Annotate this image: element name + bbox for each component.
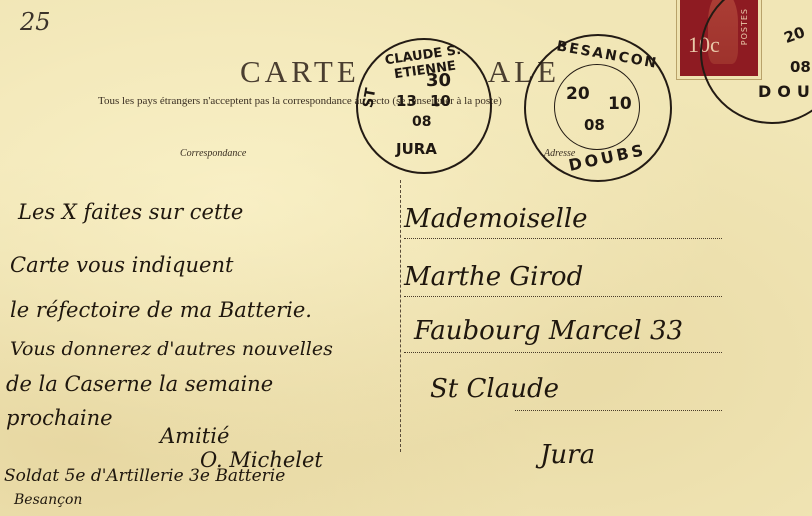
- postmark-besancon: BESANCON 20 10 08 DOUBS: [524, 34, 672, 182]
- correspondance-label: Correspondance: [180, 148, 246, 159]
- address-line-name: Marthe Girod: [404, 262, 583, 292]
- message-line-6: prochaine: [6, 406, 113, 430]
- pencil-note: 25: [20, 8, 51, 36]
- postmark-stamp-cancel: 20 08 DOUBS: [700, 0, 812, 124]
- message-line-1: Les X faites sur cette: [18, 200, 243, 224]
- message-line-4: Vous donnerez d'autres nouvelles: [10, 338, 333, 360]
- address-line-3: [404, 352, 722, 353]
- message-line-2: Carte vous indiquent: [10, 253, 233, 277]
- postmark-st-claude-left: ST: [360, 87, 379, 109]
- postmark-st-claude-year: 08: [412, 114, 431, 130]
- postcard-back: 25 CARTEALE Tous les pays étrangers n'ac…: [0, 0, 812, 516]
- address-line-city: St Claude: [430, 374, 559, 404]
- postmark-stamp-region: DOUBS: [758, 82, 812, 101]
- postmark-besancon-day: 20: [566, 84, 590, 104]
- address-line-street: Faubourg Marcel 33: [414, 316, 683, 346]
- message-line-5: de la Caserne la semaine: [6, 372, 273, 396]
- center-divider: [400, 180, 401, 452]
- address-line-1: [404, 238, 722, 239]
- postmark-st-claude-region: JURA: [396, 140, 437, 158]
- postmark-st-claude-hour: 13: [396, 92, 417, 110]
- address-line-4: [515, 410, 722, 411]
- address-line-region: Jura: [540, 440, 595, 470]
- postmark-st-claude-top: CLAUDE S. ETIENNE: [370, 41, 477, 85]
- postmark-st-claude-month: 10: [430, 92, 451, 110]
- postmark-st-claude: CLAUDE S. ETIENNE ST 30 13 10 08 JURA: [356, 38, 492, 174]
- postmark-st-claude-day: 30: [426, 70, 451, 91]
- postmark-besancon-year: 08: [584, 116, 605, 134]
- sender-location: Besançon: [14, 492, 82, 508]
- sender-unit: Soldat 5e d'Artillerie 3e Batterie: [4, 466, 285, 486]
- postmark-besancon-hour: 10: [608, 94, 632, 114]
- address-line-2: [404, 296, 722, 297]
- address-line-salutation: Mademoiselle: [404, 204, 588, 234]
- title-left: CARTE: [240, 54, 360, 89]
- postmark-stamp-day: 20: [782, 23, 808, 47]
- message-closing: Amitié: [160, 424, 229, 448]
- message-line-3: le réfectoire de ma Batterie.: [10, 298, 312, 322]
- postmark-stamp-year: 08: [790, 58, 811, 76]
